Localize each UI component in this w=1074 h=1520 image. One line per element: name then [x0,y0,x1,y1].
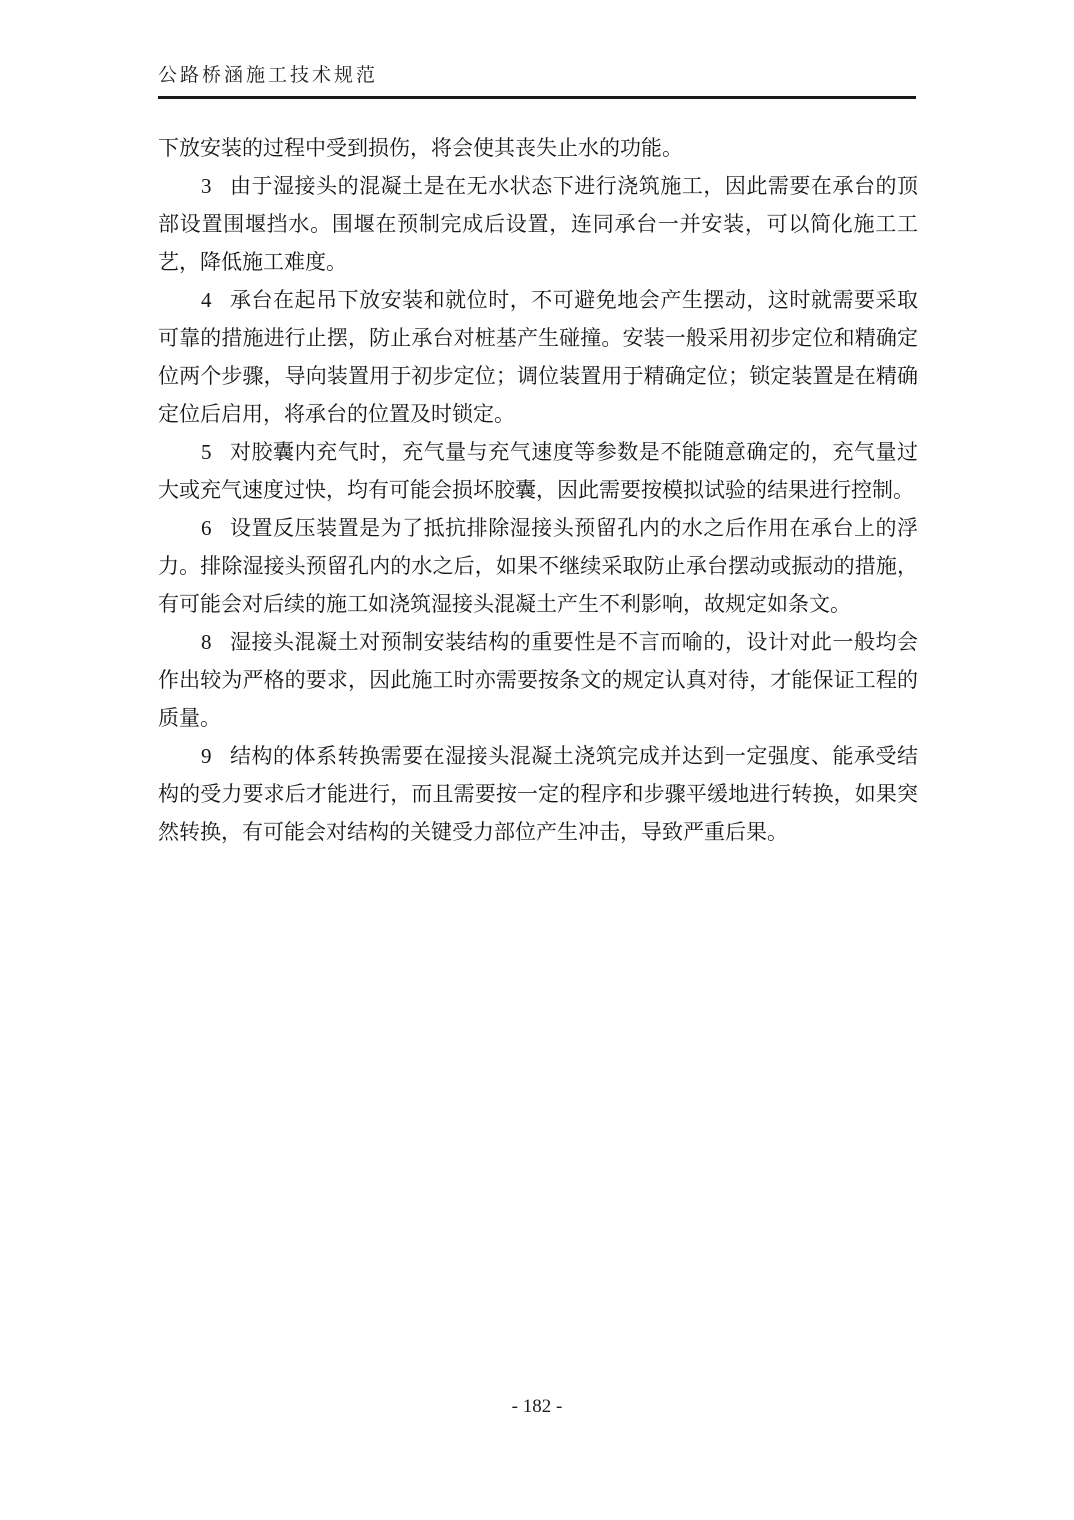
paragraph-item-4: 4承台在起吊下放安装和就位时，不可避免地会产生摆动，这时就需要采取可靠的措施进行… [158,281,918,433]
paragraph-text: 设置反压装置是为了抵抗排除湿接头预留孔内的水之后作用在承台上的浮力。排除湿接头预… [158,516,918,616]
paragraph-item-6: 6设置反压装置是为了抵抗排除湿接头预留孔内的水之后作用在承台上的浮力。排除湿接头… [158,509,918,623]
page-header: 公路桥涵施工技术规范 [158,64,916,99]
paragraph-item-5: 5对胶囊内充气时，充气量与充气速度等参数是不能随意确定的，充气量过大或充气速度过… [158,433,918,509]
running-head-title: 公路桥涵施工技术规范 [158,64,916,88]
item-number: 4 [201,281,212,319]
paragraph-text: 结构的体系转换需要在湿接头混凝土浇筑完成并达到一定强度、能承受结构的受力要求后才… [158,744,918,844]
page-number: - 182 - [512,1396,563,1417]
item-number: 3 [201,167,212,205]
paragraph-text: 湿接头混凝土对预制安装结构的重要性是不言而喻的，设计对此一般均会作出较为严格的要… [158,630,918,730]
document-body: 下放安装的过程中受到损伤，将会使其丧失止水的功能。 3由于湿接头的混凝土是在无水… [158,129,918,851]
item-number: 6 [201,509,212,547]
item-number: 5 [201,433,212,471]
paragraph-item-3: 3由于湿接头的混凝土是在无水状态下进行浇筑施工，因此需要在承台的顶部设置围堰挡水… [158,167,918,281]
document-page: 公路桥涵施工技术规范 下放安装的过程中受到损伤，将会使其丧失止水的功能。 3由于… [0,0,1074,1520]
item-number: 8 [201,623,212,661]
page-footer: - 182 - [0,1396,1074,1418]
item-number: 9 [201,737,212,775]
paragraph-text: 承台在起吊下放安装和就位时，不可避免地会产生摆动，这时就需要采取可靠的措施进行止… [158,288,918,426]
header-divider [158,96,916,99]
paragraph-text: 对胶囊内充气时，充气量与充气速度等参数是不能随意确定的，充气量过大或充气速度过快… [158,440,918,502]
paragraph-item-8: 8湿接头混凝土对预制安装结构的重要性是不言而喻的，设计对此一般均会作出较为严格的… [158,623,918,737]
paragraph-continuation: 下放安装的过程中受到损伤，将会使其丧失止水的功能。 [158,129,918,167]
paragraph-text: 由于湿接头的混凝土是在无水状态下进行浇筑施工，因此需要在承台的顶部设置围堰挡水。… [158,174,918,274]
paragraph-item-9: 9结构的体系转换需要在湿接头混凝土浇筑完成并达到一定强度、能承受结构的受力要求后… [158,737,918,851]
